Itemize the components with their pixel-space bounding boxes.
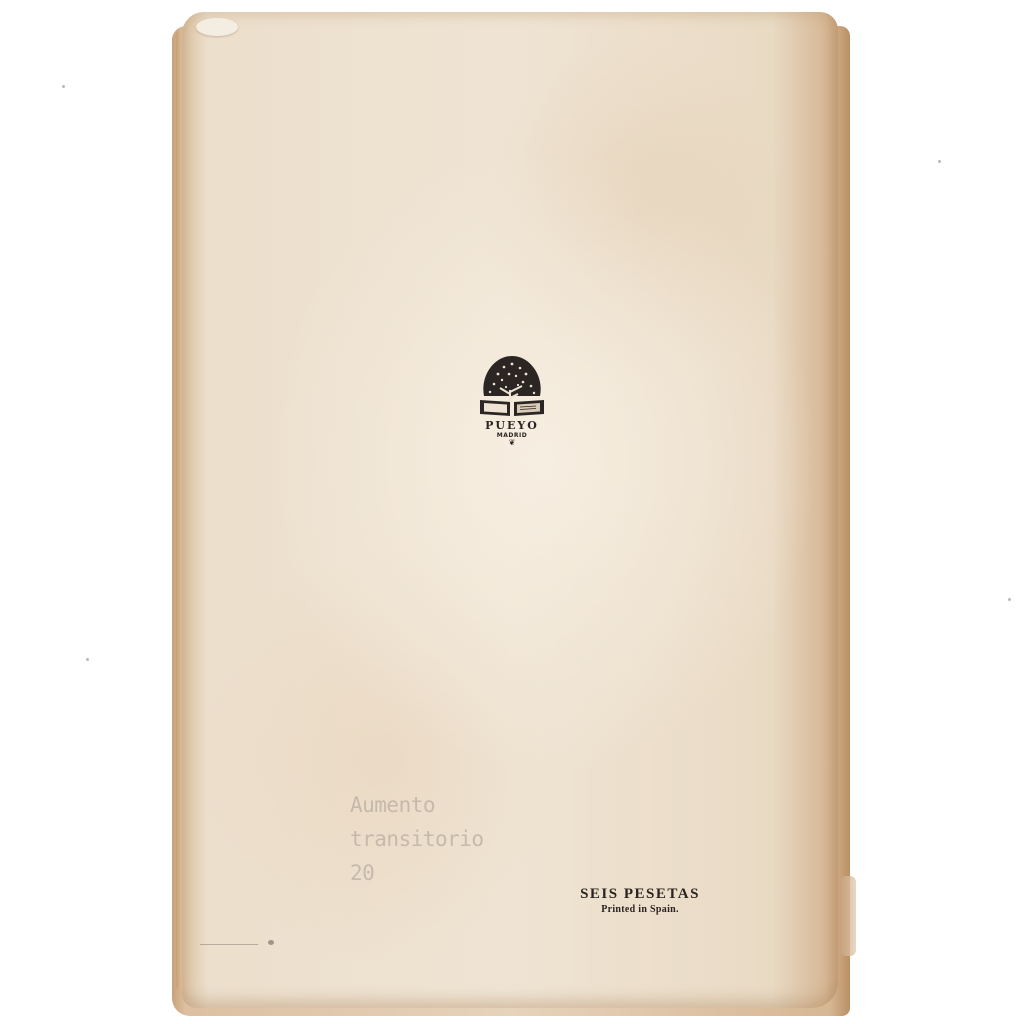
photo-scene: PUEYO MADRID ❦ Aumento transitorio 20 SE… [0,0,1024,1024]
frayed-corner [840,876,856,956]
stamp-line-2: transitorio [350,822,484,856]
ornament-leaf-icon: ❦ [472,439,552,447]
price-label: SEIS PESETAS [550,886,730,903]
stamp-line-1: Aumento [350,788,484,822]
publisher-emblem: PUEYO MADRID ❦ [472,352,552,447]
dust-speck [1008,598,1011,601]
tree-over-open-book-icon [476,352,548,418]
dust-speck [86,658,89,661]
pencil-mark [200,944,258,945]
dust-speck [62,85,65,88]
faded-price-stamp: Aumento transitorio 20 [350,788,484,890]
book-back-cover: PUEYO MADRID ❦ Aumento transitorio 20 SE… [182,12,838,1008]
stamp-line-3: 20 [350,856,484,890]
printed-in-label: Printed in Spain. [550,904,730,915]
price-block: SEIS PESETAS Printed in Spain. [550,886,730,915]
pencil-dot [268,940,274,945]
dust-speck [938,160,941,163]
publisher-name: PUEYO [472,419,552,432]
corner-wear [196,18,238,36]
